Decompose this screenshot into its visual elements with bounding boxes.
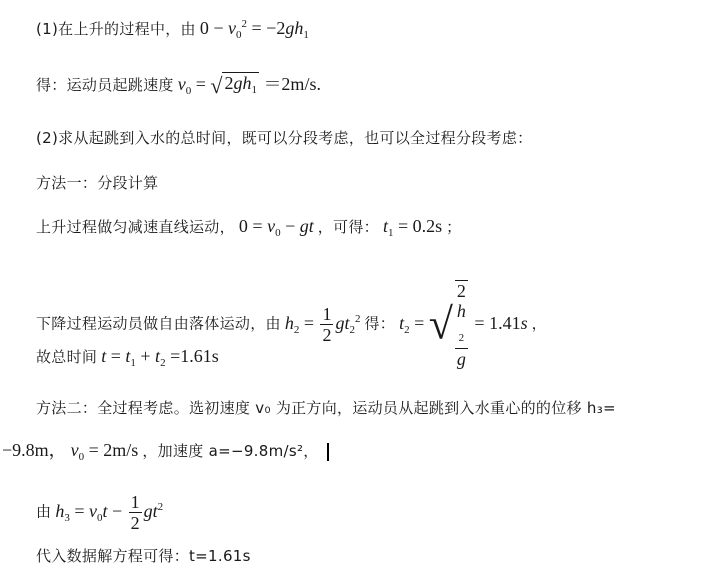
formula-ascent: 0 = v0 − gt <box>239 216 314 236</box>
fraction-one-half: 12 <box>320 304 333 345</box>
text-ascent-suffix: ； <box>446 218 461 236</box>
formula-initial-velocity: v0 = 2m/s <box>71 440 139 460</box>
text-ascent-label: 上升过程做匀减速直线运动， <box>36 218 235 236</box>
text-ascent-middle: ，可得： <box>318 218 379 236</box>
text-part1-intro: (1)在上升的过程中，由 <box>36 20 196 38</box>
text-displacement-value: −9.8m， <box>2 440 67 460</box>
line-ascent-time: 上升过程做匀减速直线运动， 0 = v0 − gt ，可得： t1 = 0.2s… <box>36 216 461 243</box>
text-cursor[interactable] <box>327 443 329 461</box>
fraction-one-half: 12 <box>129 492 142 533</box>
text-descent-suffix: ， <box>532 315 547 333</box>
line-takeoff-velocity: 得：运动员起跳速度 v0 = √2gh1 ＝2m/s. <box>36 72 321 101</box>
text-total-time-label: 故总时间 <box>36 348 97 366</box>
formula-t1-result: t1 = 0.2s <box>383 216 442 236</box>
text-descent-label: 下降过程运动员做自由落体运动，由 <box>36 315 281 333</box>
line-part2-intro: (2)求从起跳到入水的总时间，既可以分段考虑，也可以全过程分段考虑： <box>36 128 532 148</box>
text-acceleration: ，加速度 a=−9.8m/s²， <box>142 442 318 460</box>
line-final-answer: 代入数据解方程可得：t=1.61s <box>36 546 251 566</box>
line-kinematics-equation: 由 h3 = v0t − 12gt2 <box>36 492 163 533</box>
formula-energy-equation: 0 − v02 = −2gh1 <box>200 18 309 38</box>
formula-takeoff-velocity: v0 = √2gh1 ＝2m/s. <box>178 74 321 94</box>
formula-t2-result: t2 = √2h2g = 1.41s <box>399 313 528 333</box>
text-velocity-result: ＝2m/s. <box>263 74 321 94</box>
heading-method-one: 方法一：分段计算 <box>36 173 158 193</box>
formula-freefall: h2 = 12gt22 <box>285 313 361 333</box>
line-total-time: 故总时间 t = t1 + t2 =1.61s <box>36 346 219 373</box>
sqrt-symbol: √2h2g <box>429 280 470 369</box>
sqrt-symbol: √2gh1 <box>210 72 259 100</box>
text-descent-middle: 得： <box>364 315 395 333</box>
line-part1-equation: (1)在上升的过程中，由 0 − v02 = −2gh1 <box>36 14 309 45</box>
line-method-two-values: −9.8m， v0 = 2m/s ，加速度 a=−9.8m/s²， <box>2 440 329 467</box>
heading-method-two: 方法二：全过程考虑。选初速度 v₀ 为正方向，运动员从起跳到入水重心的的位移 h… <box>36 398 616 418</box>
formula-total-time: t = t1 + t2 =1.61s <box>101 346 219 366</box>
text-kinematics-prefix: 由 <box>36 503 51 521</box>
formula-kinematics: h3 = v0t − 12gt2 <box>55 501 163 521</box>
text-takeoff-velocity-label: 得：运动员起跳速度 <box>36 76 174 94</box>
